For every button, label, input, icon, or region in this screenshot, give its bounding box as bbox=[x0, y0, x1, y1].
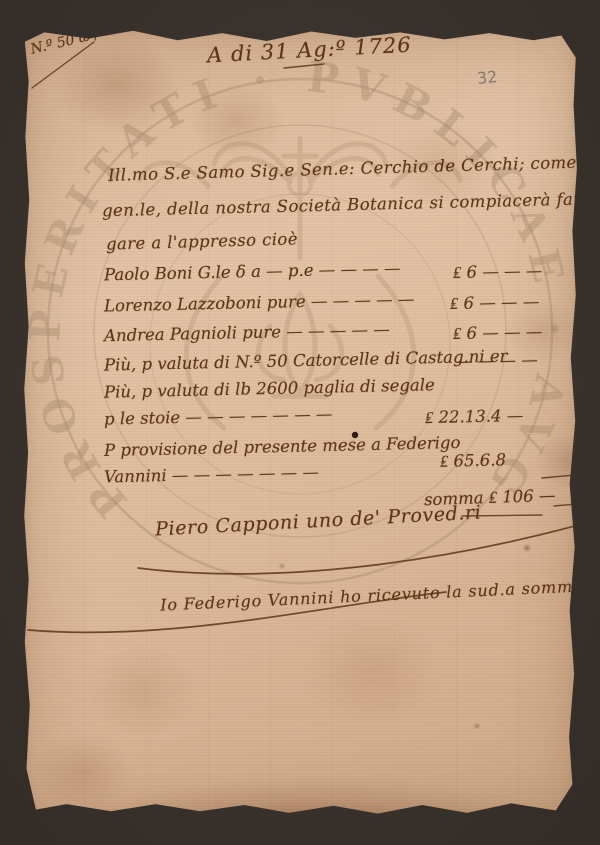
entry-text: Più, p valuta di lb 2600 paglia di segal… bbox=[104, 375, 435, 402]
entry-text: p le stoie — — — — — — — bbox=[104, 404, 333, 428]
entry-text: Vannini — — — — — — — bbox=[104, 463, 319, 487]
entry-row: p le stoie — — — — — — — ₤ 22.13.4 — bbox=[104, 407, 564, 426]
entry-row: Più, p valuta di N.º 50 Catorcelle di Ca… bbox=[104, 351, 564, 370]
entry-text: Paolo Boni G.le δ a — p.e — — — — bbox=[104, 259, 401, 285]
photo-background: PROSPERITATI · PVBLICAE · AVGVSTÆ N.º 50… bbox=[0, 0, 600, 845]
entry-text: Più, p valuta di N.º 50 Catorcelle di Ca… bbox=[104, 346, 508, 374]
entry-amount: ₤ 6 — — — bbox=[453, 261, 543, 283]
entry-text: Lorenzo Lazzoboni pure — — — — — bbox=[104, 289, 415, 315]
entry-amount: ₤ 6 — — — bbox=[450, 292, 540, 314]
entry-text: Andrea Pagnioli pure — — — — — bbox=[104, 320, 390, 345]
manuscript-page: PROSPERITATI · PVBLICAE · AVGVSTÆ N.º 50… bbox=[22, 26, 578, 816]
payment-entries: Paolo Boni G.le δ a — p.e — — — — ₤ 6 — … bbox=[22, 26, 578, 816]
entry-row: Più, p valuta di lb 2600 paglia di segal… bbox=[104, 379, 564, 398]
entry-row: Paolo Boni G.le δ a — p.e — — — — ₤ 6 — … bbox=[104, 262, 564, 281]
entry-row: Vannini — — — — — — — ₤ 65.6.8 bbox=[104, 465, 564, 484]
entry-row: Andrea Pagnioli pure — — — — — ₤ 6 — — — bbox=[104, 323, 564, 342]
entry-amount: ₤ 6 — — — bbox=[453, 322, 543, 344]
entry-amount: ₤ 22.13.4 — bbox=[425, 406, 524, 428]
entry-text: P provisione del presente mese a Federig… bbox=[104, 433, 461, 460]
entry-amount: ₤ 65.6.8 bbox=[440, 450, 506, 471]
entry-amount: — — — — bbox=[456, 350, 538, 371]
entry-row: Lorenzo Lazzoboni pure — — — — — ₤ 6 — —… bbox=[104, 293, 564, 312]
